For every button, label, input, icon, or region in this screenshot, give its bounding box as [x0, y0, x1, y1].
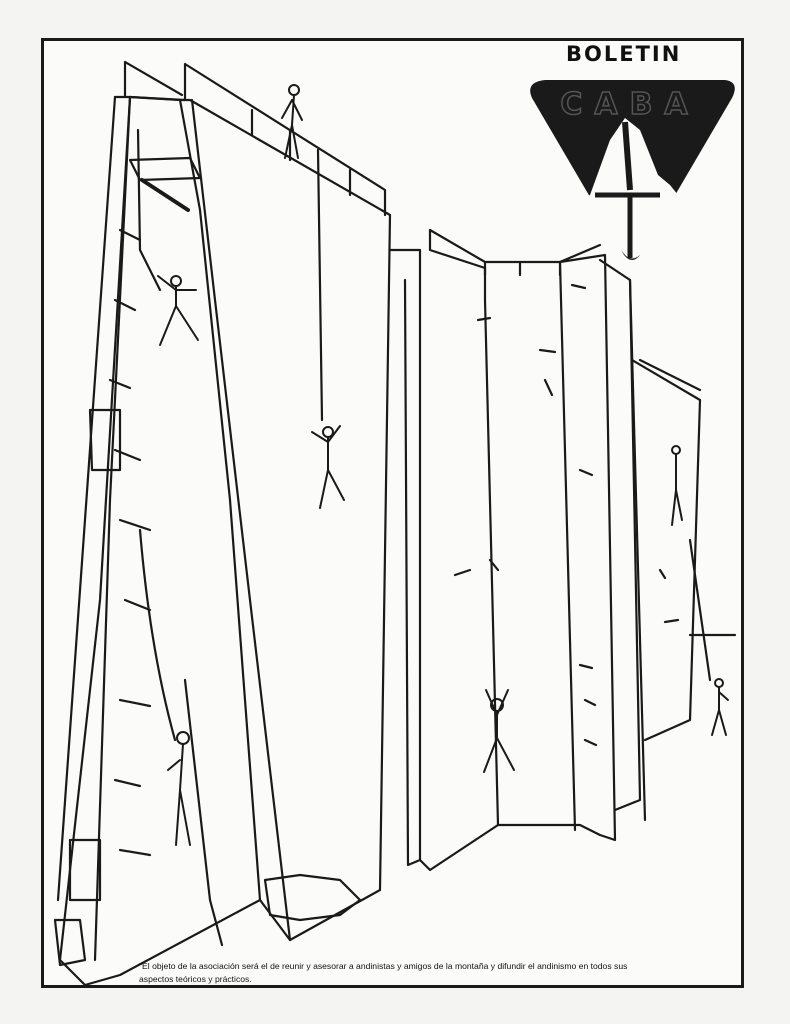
figure-climber-5 — [672, 446, 682, 525]
figure-climber-3 — [168, 732, 190, 845]
caption-line-2: aspectos teóricos y prácticos. — [139, 973, 751, 986]
caption-line-1: "El objeto de la asociación será el de r… — [139, 960, 751, 973]
figure-climber-2 — [312, 426, 344, 508]
boletin-title: BOLETIN — [566, 42, 681, 66]
figure-climber-1 — [158, 276, 198, 345]
figure-climber-4 — [484, 690, 514, 772]
caption: "El objeto de la asociación será el de r… — [139, 960, 751, 986]
figure-belayer — [282, 85, 302, 158]
figure-climber-6 — [712, 679, 728, 735]
svg-text:CABA: CABA — [560, 87, 699, 122]
climbing-walls-illustration: CABA — [0, 0, 790, 1024]
caba-logo: CABA — [530, 80, 735, 260]
